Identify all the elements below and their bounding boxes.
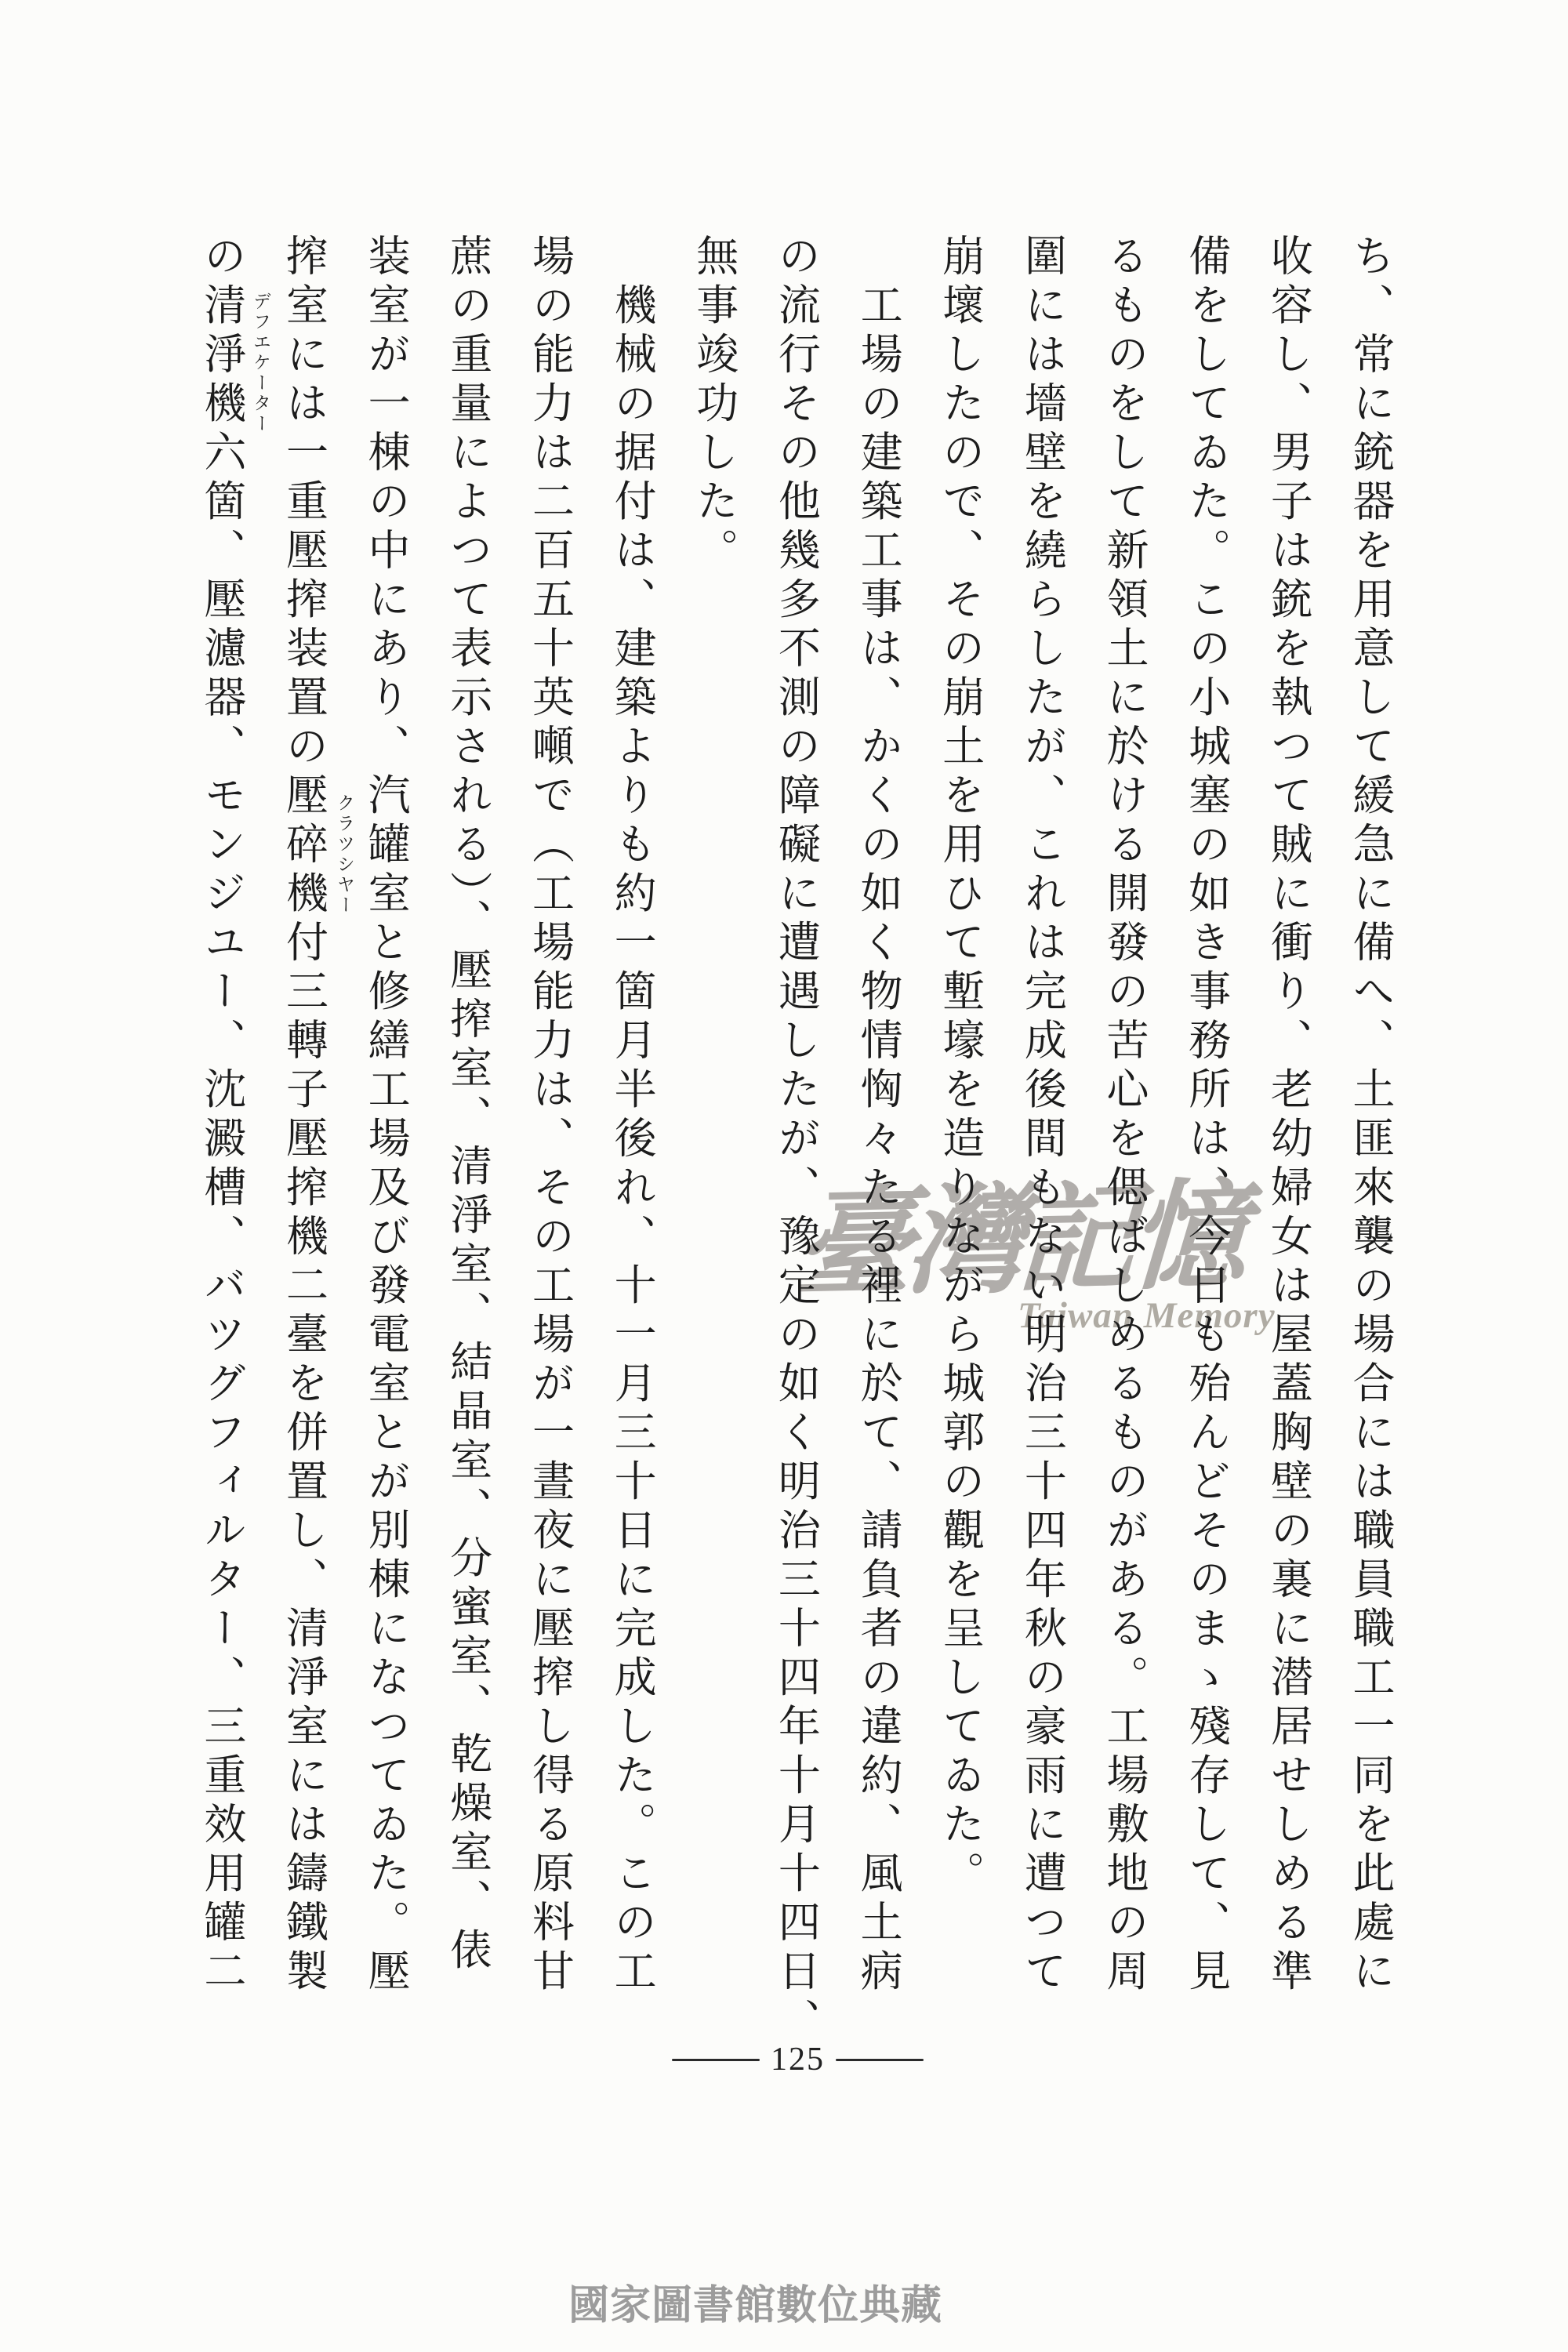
text-column-4: るものをして新領土に於ける開發の苦心を偲ばしめるものがある。工場敷地の周 [1083,234,1165,2029]
text-column-11: 場の能力は二百五十英噸で（工場能力は、その工場が一晝夜に壓搾し得る原料甘 [509,234,591,2029]
text-column-13: 装室が一棟の中にあり、汽罐室と修繕工場及び發電室とが別棟になつてゐた。壓 [344,234,426,2029]
page-number-rule-left [672,2059,760,2061]
text-column-14: 搾室には一重壓搾装置の壓碎機付三轉子壓搾機二臺を併置し、清淨室には鑄鐵製 [263,234,345,2029]
text-column-3: 備をしてゐた。この小城塞の如き事務所は、今日も殆んどそのまゝ殘存して、見 [1165,234,1247,2029]
page-number: 125 [771,2043,825,2076]
page-number-rule-right [836,2059,924,2061]
text-column-8: の流行その他幾多不測の障礙に遭遇したが、豫定の如く明治三十四年十月十四日、 [755,234,837,2029]
text-column-15: の清淨機六箇、壓濾器、モンジユー、沈澱槽、バツグフィルター、三重效用罐二 [180,234,263,2029]
library-footer-watermark: 國家圖書館數位典藏 [568,2283,1000,2330]
text-block: ち、常に銃器を用意して緩急に備へ、土匪來襲の場合には職員職工一同を此處に 收容し… [180,234,1411,2029]
furigana-crusher: クラツシヤー [335,793,354,916]
page-number-row: 125 [662,2032,933,2087]
text-column-1: ち、常に銃器を用意して緩急に備へ、土匪來襲の場合には職員職工一同を此處に [1329,234,1411,2029]
text-column-2: 收容し、男子は銃を執つて賊に衝り、老幼婦女は屋蓋胸壁の裏に潜居せしめる準 [1247,234,1330,2029]
furigana-defecator: デフエケーター [251,292,270,434]
text-column-6: 崩壞したので、その崩土を用ひて塹壕を造りながら城郭の觀を呈してゐた。 [919,234,1001,2029]
text-column-7: 工場の建築工事は、かくの如く物情恟々たる裡に於て、請負者の違約、風土病 [837,234,919,2029]
text-column-9: 無事竣功した。 [673,234,755,2029]
text-column-5: 圍には墻壁を繞らしたが、これは完成後間もない明治三十四年秋の豪雨に遭つて [1001,234,1083,2029]
text-column-12: 蔗の重量によつて表示される）、壓搾室、清淨室、結晶室、分蜜室、乾燥室、俵 [426,234,509,2029]
text-column-10: 機械の据付は、建築よりも約一箇月半後れ、十一月三十日に完成した。この工 [590,234,673,2029]
scanned-book-page: 臺灣記憶 Taiwan Memory ち、常に銃器を用意して緩急に備へ、土匪來襲… [0,0,1568,2352]
